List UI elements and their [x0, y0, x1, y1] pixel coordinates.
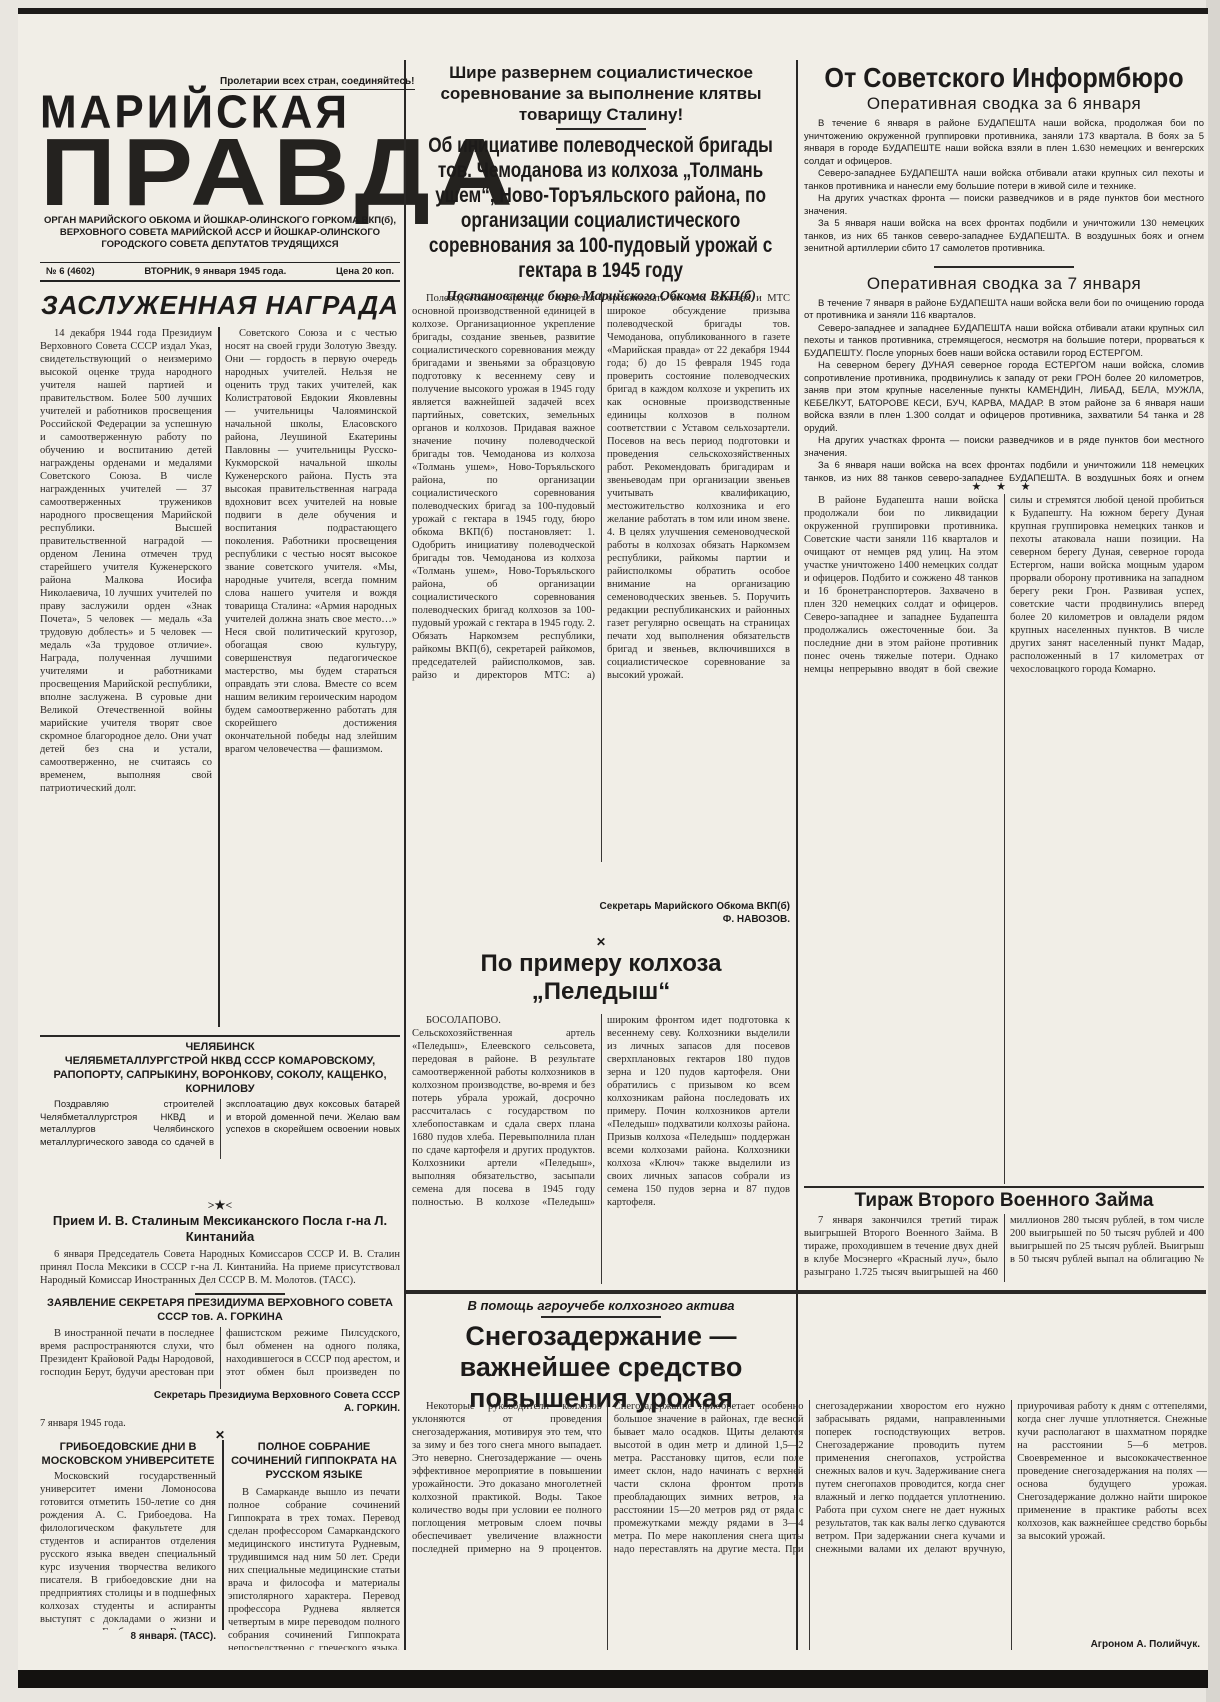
- ornament-small: ✕: [412, 935, 790, 950]
- svodka-7-body: В течение 7 января в районе БУДАПЕШТА на…: [804, 298, 1204, 483]
- svodka-6-title: Оперативная сводка за 6 января: [804, 94, 1204, 114]
- sneg-signature: Агроном А. Полийчук.: [1000, 1638, 1200, 1651]
- headline-griboedov: ГРИБОЕДОВСКИЕ ДНИ В МОСКОВСКОМ УНИВЕРСИТ…: [40, 1440, 216, 1468]
- stars-divider: ★ ★ ★: [804, 480, 1204, 493]
- column-rule: [222, 1440, 224, 1630]
- divider: [40, 1035, 400, 1037]
- primer-body: БОСОЛАПОВО. Сельскохозяйственная артель …: [412, 1014, 790, 1210]
- headline-primer: По примеру колхоза „Пеледыш“: [412, 950, 790, 1006]
- issue-bar: № 6 (4602) ВТОРНИК, 9 января 1945 года. …: [40, 262, 400, 282]
- navozov-name: Ф. НАВОЗОВ.: [412, 913, 790, 926]
- headline-initsiativa: Об инициативе полеводческой бригады тов.…: [412, 133, 790, 283]
- article-priem: Прием И. В. Сталиным Мексиканского Посла…: [40, 1213, 400, 1288]
- article-sneg-head: В помощь агроучебе колхозного актива Сне…: [412, 1298, 790, 1413]
- chelyabinsk-city: ЧЕЛЯБИНСК: [40, 1040, 400, 1054]
- headline-priem: Прием И. В. Сталиным Мексиканского Посла…: [40, 1213, 400, 1245]
- navozov-role: Секретарь Марийского Обкома ВКП(б): [412, 900, 790, 913]
- tirazh-body: 7 января закончился третий тираж выигрыш…: [804, 1214, 1204, 1282]
- scan-edge: [1206, 0, 1220, 1702]
- gorkin-signature-name: А. ГОРКИН.: [40, 1402, 400, 1415]
- article-chelyabinsk: ЧЕЛЯБИНСК ЧЕЛЯБМЕТАЛЛУРГСТРОЙ НКВД СССР …: [40, 1040, 400, 1160]
- headline-zasluzhennaya: ЗАСЛУЖЕННАЯ НАГРАДА: [40, 290, 400, 321]
- article-primer: По примеру колхоза „Пеледыш“ БОСОЛАПОВО.…: [412, 950, 790, 1285]
- griboedov-body: Московский государственный университет и…: [40, 1470, 216, 1630]
- article-sneg-body: Некоторые руководители колхозов уклоняют…: [412, 1400, 1207, 1650]
- gorkin-signature-role: Секретарь Президиума Верховного Совета С…: [40, 1389, 400, 1402]
- ornament-divider: >★<: [40, 1198, 400, 1213]
- gippokrat-body: В Самарканде вышло из печати полное собр…: [228, 1486, 400, 1650]
- svodka-7-title: Оперативная сводка за 7 января: [804, 274, 1204, 294]
- article-shire-body: Полеводческая бригада является основной …: [412, 292, 790, 862]
- divider: [934, 266, 1074, 268]
- shire-signature: Секретарь Марийского Обкома ВКП(б) Ф. НА…: [412, 900, 790, 932]
- headline-gippokrat: ПОЛНОЕ СОБРАНИЕ СОЧИНЕНИЙ ГИППОКРАТА НА …: [228, 1440, 400, 1482]
- svodka-6-body: В течение 6 января в районе БУДАПЕШТА на…: [804, 118, 1204, 256]
- article-gippokrat: ПОЛНОЕ СОБРАНИЕ СОЧИНЕНИЙ ГИППОКРАТА НА …: [228, 1440, 400, 1650]
- stalin-signature: И. СТАЛИН.: [40, 1159, 400, 1160]
- article-shire-head: Шире развернем социалистическое соревнов…: [412, 62, 790, 302]
- article-gorkin: ЗАЯВЛЕНИЕ СЕКРЕТАРЯ ПРЕЗИДИУМА ВЕРХОВНОГ…: [40, 1296, 400, 1441]
- article-zasl-col2: Советского Союза и с честью носят на сво…: [225, 327, 397, 1027]
- issue-price: Цена 20 коп.: [336, 266, 394, 277]
- divider: [556, 128, 646, 130]
- issue-number: № 6 (4602): [46, 266, 95, 277]
- masthead-organ: ОРГАН МАРИЙСКОГО ОБКОМА И ЙОШКАР-ОЛИНСКО…: [40, 215, 400, 251]
- sovinformburo-details: В районе Будапешта наши войска продолжал…: [804, 494, 1204, 1184]
- article-sovinformburo: От Советского Информбюро Оперативная сво…: [804, 62, 1204, 482]
- headline-tirazh: Тираж Второго Военного Займа: [804, 1190, 1204, 1212]
- kicker-agrouchoba: В помощь агроучебе колхозного актива: [412, 1298, 790, 1313]
- column-rule: [218, 327, 220, 1027]
- divider: [195, 1293, 285, 1295]
- column-rule: [404, 60, 406, 1650]
- chelyabinsk-addressees: ЧЕЛЯБМЕТАЛЛУРГСТРОЙ НКВД СССР КОМАРОВСКО…: [40, 1054, 400, 1096]
- divider: [804, 1186, 1204, 1188]
- article-tirazh: Тираж Второго Военного Займа 7 января за…: [804, 1190, 1204, 1288]
- divider: [541, 1316, 661, 1318]
- article-griboedov: ГРИБОЕДОВСКИЕ ДНИ В МОСКОВСКОМ УНИВЕРСИТ…: [40, 1440, 216, 1650]
- issue-date: ВТОРНИК, 9 января 1945 года.: [144, 266, 286, 277]
- headline-sovinformburo: От Советского Информбюро: [824, 62, 1184, 94]
- slogan-shire: Шире развернем социалистическое соревнов…: [412, 62, 790, 125]
- divider: [406, 1290, 1206, 1294]
- gorkin-body: В иностранной печати в последнее время р…: [40, 1327, 400, 1389]
- chelyabinsk-body: Поздравляю строителей Челябметаллургстро…: [40, 1099, 400, 1159]
- article-zasl-col1: 14 декабря 1944 года Президиум Верховног…: [40, 327, 212, 1027]
- headline-gorkin: ЗАЯВЛЕНИЕ СЕКРЕТАРЯ ПРЕЗИДИУМА ВЕРХОВНОГ…: [40, 1296, 400, 1324]
- griboedov-dateline: 8 января. (ТАСС).: [40, 1630, 216, 1643]
- priem-body: 6 января Председатель Совета Народных Ко…: [40, 1248, 400, 1287]
